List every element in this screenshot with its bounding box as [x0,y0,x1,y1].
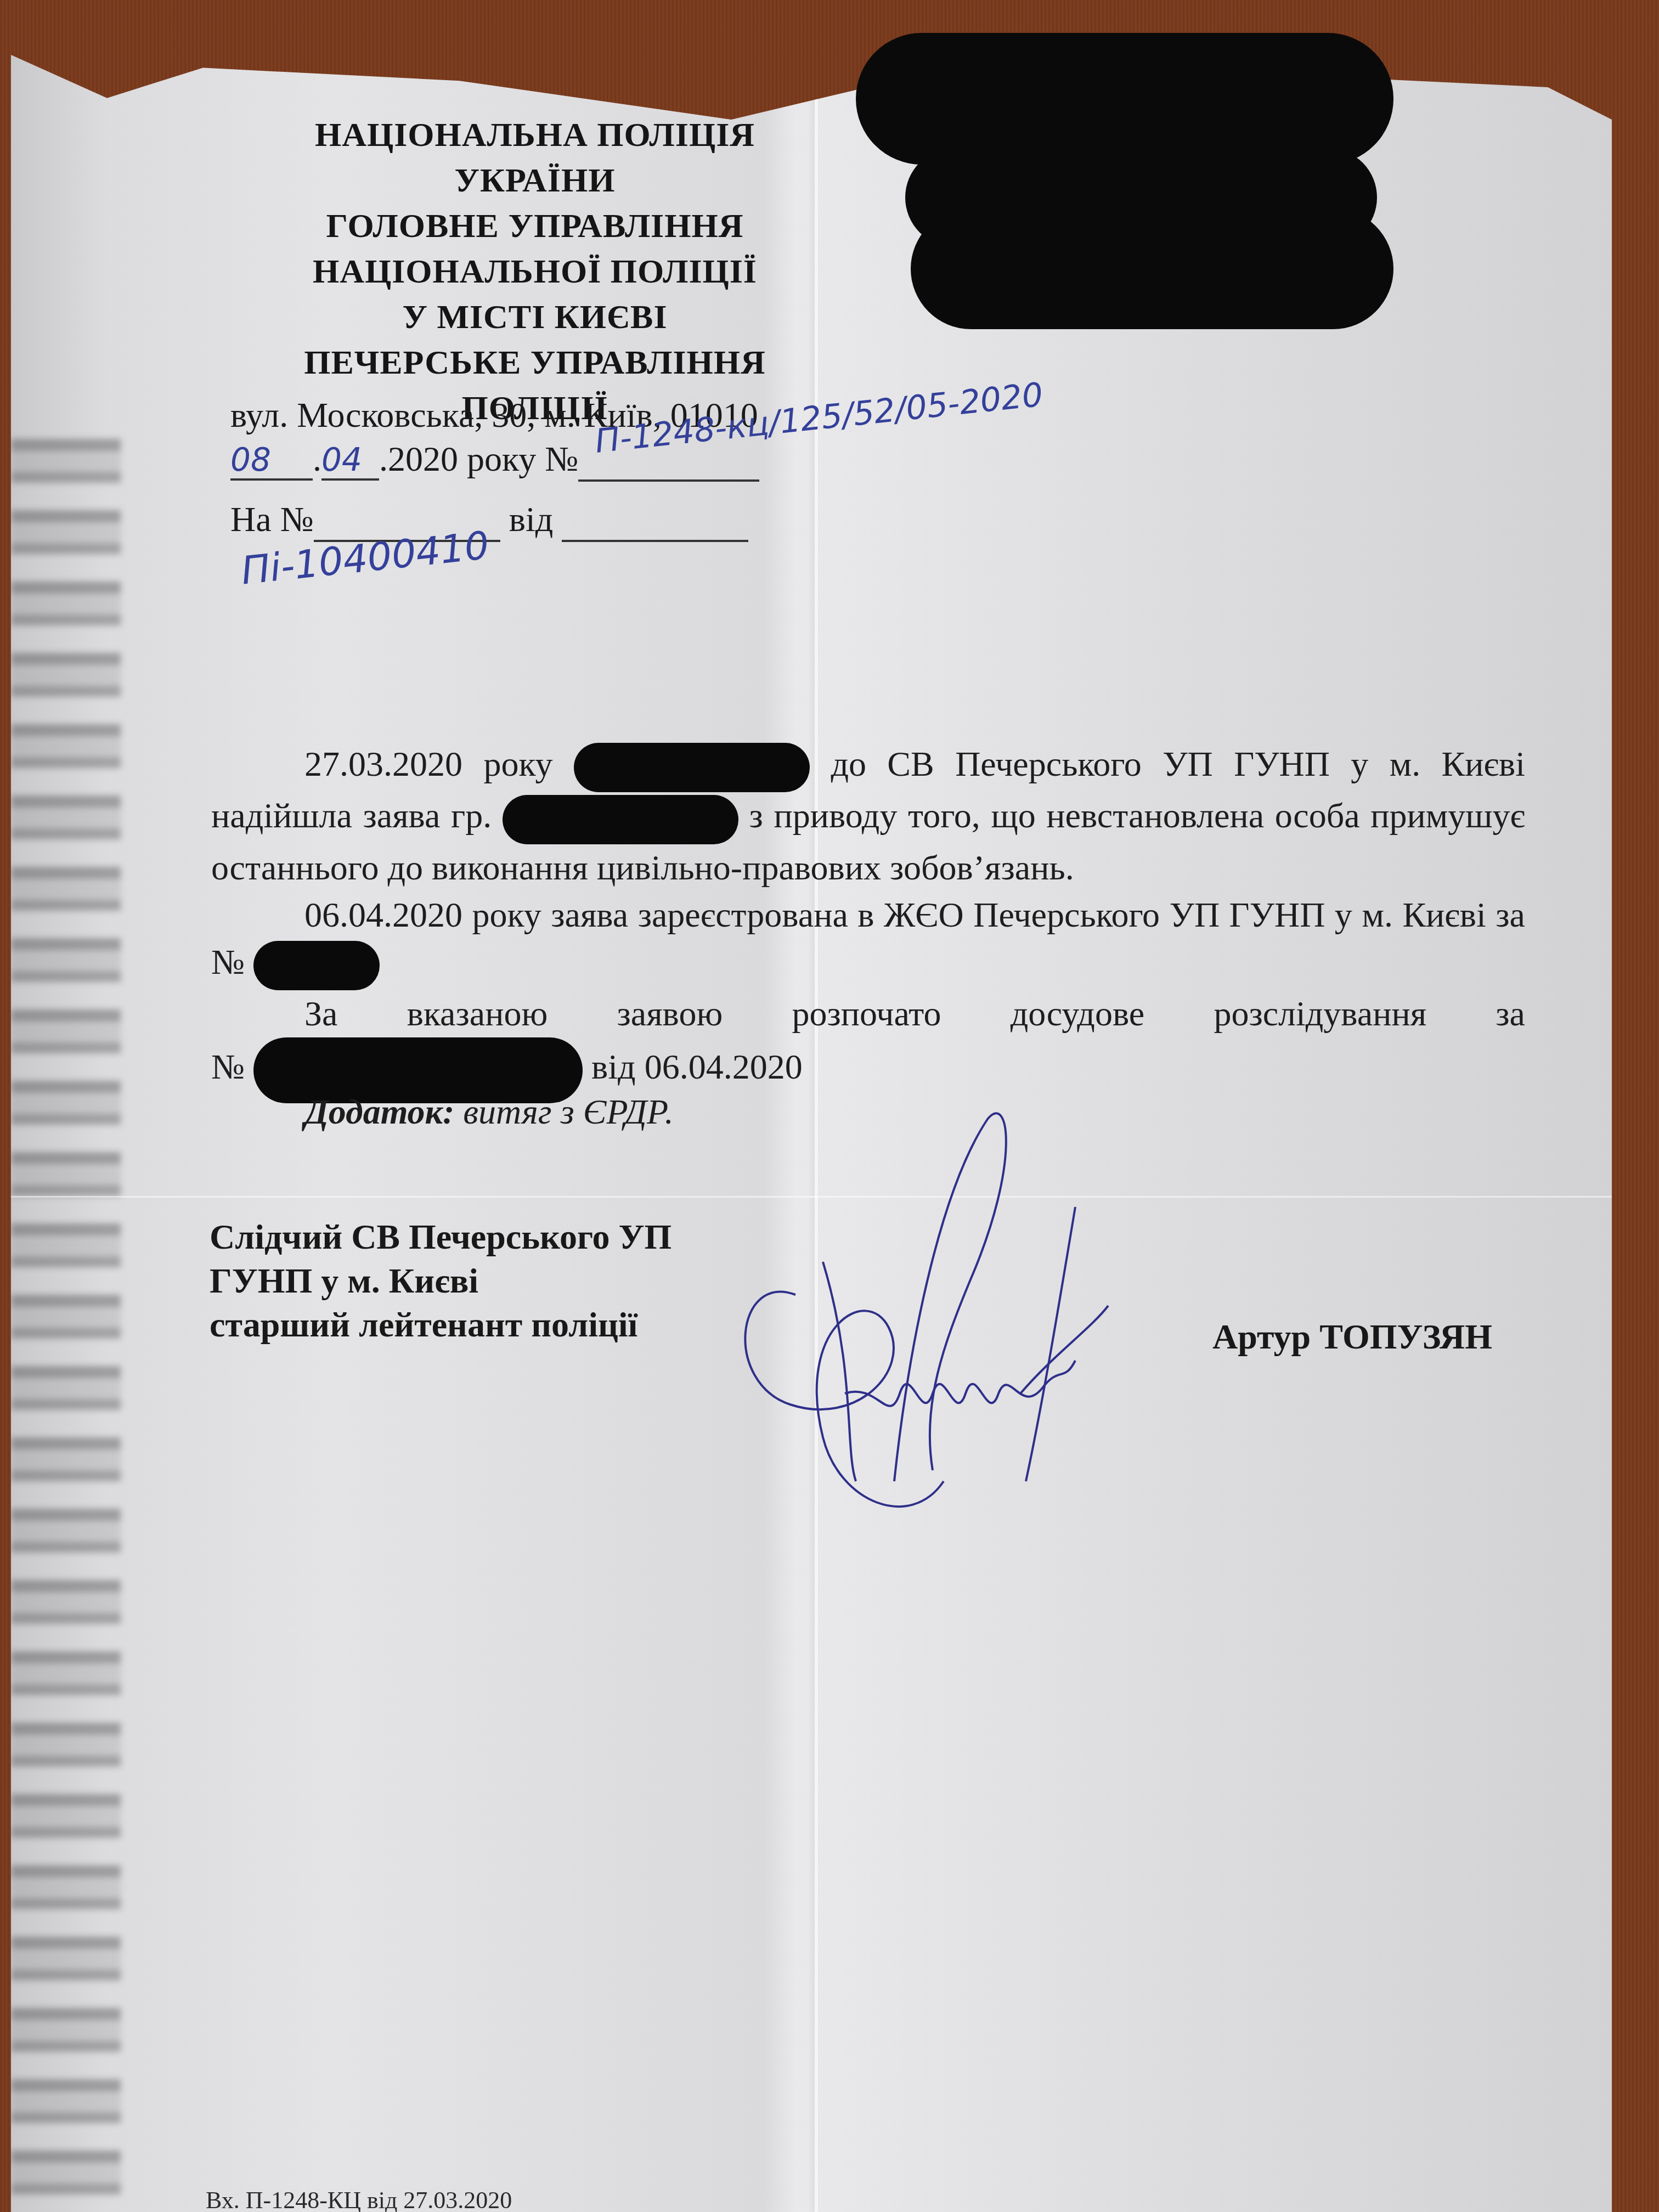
scan-smear [11,439,121,2194]
p2-text: 06.04.2020 року заява зареєстрована в ЖЄ… [211,895,1525,981]
signer-name: Артур ТОПУЗЯН [1212,1317,1492,1357]
attachment-label: Додаток: [304,1092,454,1131]
reply-ref-line: На № від [230,499,748,542]
reply-no-label: На № [230,500,314,539]
p3-date: від 06.04.2020 [591,1047,803,1086]
reply-from-label: від [509,500,554,539]
position-line: старший лейтенант поліції [210,1303,672,1347]
p1-date: 27.03.2020 року [304,744,553,783]
redaction [503,795,738,844]
letter-body: 27.03.2020 року до СВ Печерського УП ГУН… [211,741,1525,1103]
signature-position: Слідчий СВ Печерського УП ГУНП у м. Києв… [210,1215,672,1347]
reg-sep: . [313,439,321,478]
paragraph-2: 06.04.2020 року заява зареєстрована в ЖЄ… [211,891,1525,990]
letterhead-line: УКРАЇНИ [219,158,850,204]
reg-month: 04 [321,441,379,481]
letterhead-line: У МІСТІ КИЄВІ [219,295,850,340]
incoming-reference: Вх. П-1248-КЦ від 27.03.2020 [206,2186,512,2212]
position-line: ГУНП у м. Києві [210,1259,672,1303]
reply-from-slot [562,499,748,542]
handwritten-signature [713,1097,1234,1547]
attachment-line: Додаток: витяг з ЄРДР. [304,1092,674,1132]
letterhead-line: НАЦІОНАЛЬНА ПОЛІЦІЯ [219,112,850,158]
letterhead-line: НАЦІОНАЛЬНОЇ ПОЛІЦІЇ [219,249,850,295]
paragraph-3: За вказаною заявою розпочато досудове ро… [211,990,1525,1037]
attachment-text: витяг з ЄРДР. [463,1092,673,1131]
redaction-recipient-3 [911,208,1393,329]
letterhead-line: ГОЛОВНЕ УПРАВЛІННЯ [219,204,850,249]
reg-day: 08 [230,441,313,481]
p3-no: № [211,1047,245,1086]
letterhead: НАЦІОНАЛЬНА ПОЛІЦІЯ УКРАЇНИ ГОЛОВНЕ УПРА… [219,112,850,431]
paragraph-1: 27.03.2020 року до СВ Печерського УП ГУН… [211,741,1525,891]
redaction [253,941,380,990]
reg-year-label: .2020 року № [379,439,578,478]
redaction [574,743,810,792]
redaction-recipient-1 [856,33,1393,165]
position-line: Слідчий СВ Печерського УП [210,1215,672,1259]
letterhead-line: ПЕЧЕРСЬКЕ УПРАВЛІННЯ [219,340,850,386]
